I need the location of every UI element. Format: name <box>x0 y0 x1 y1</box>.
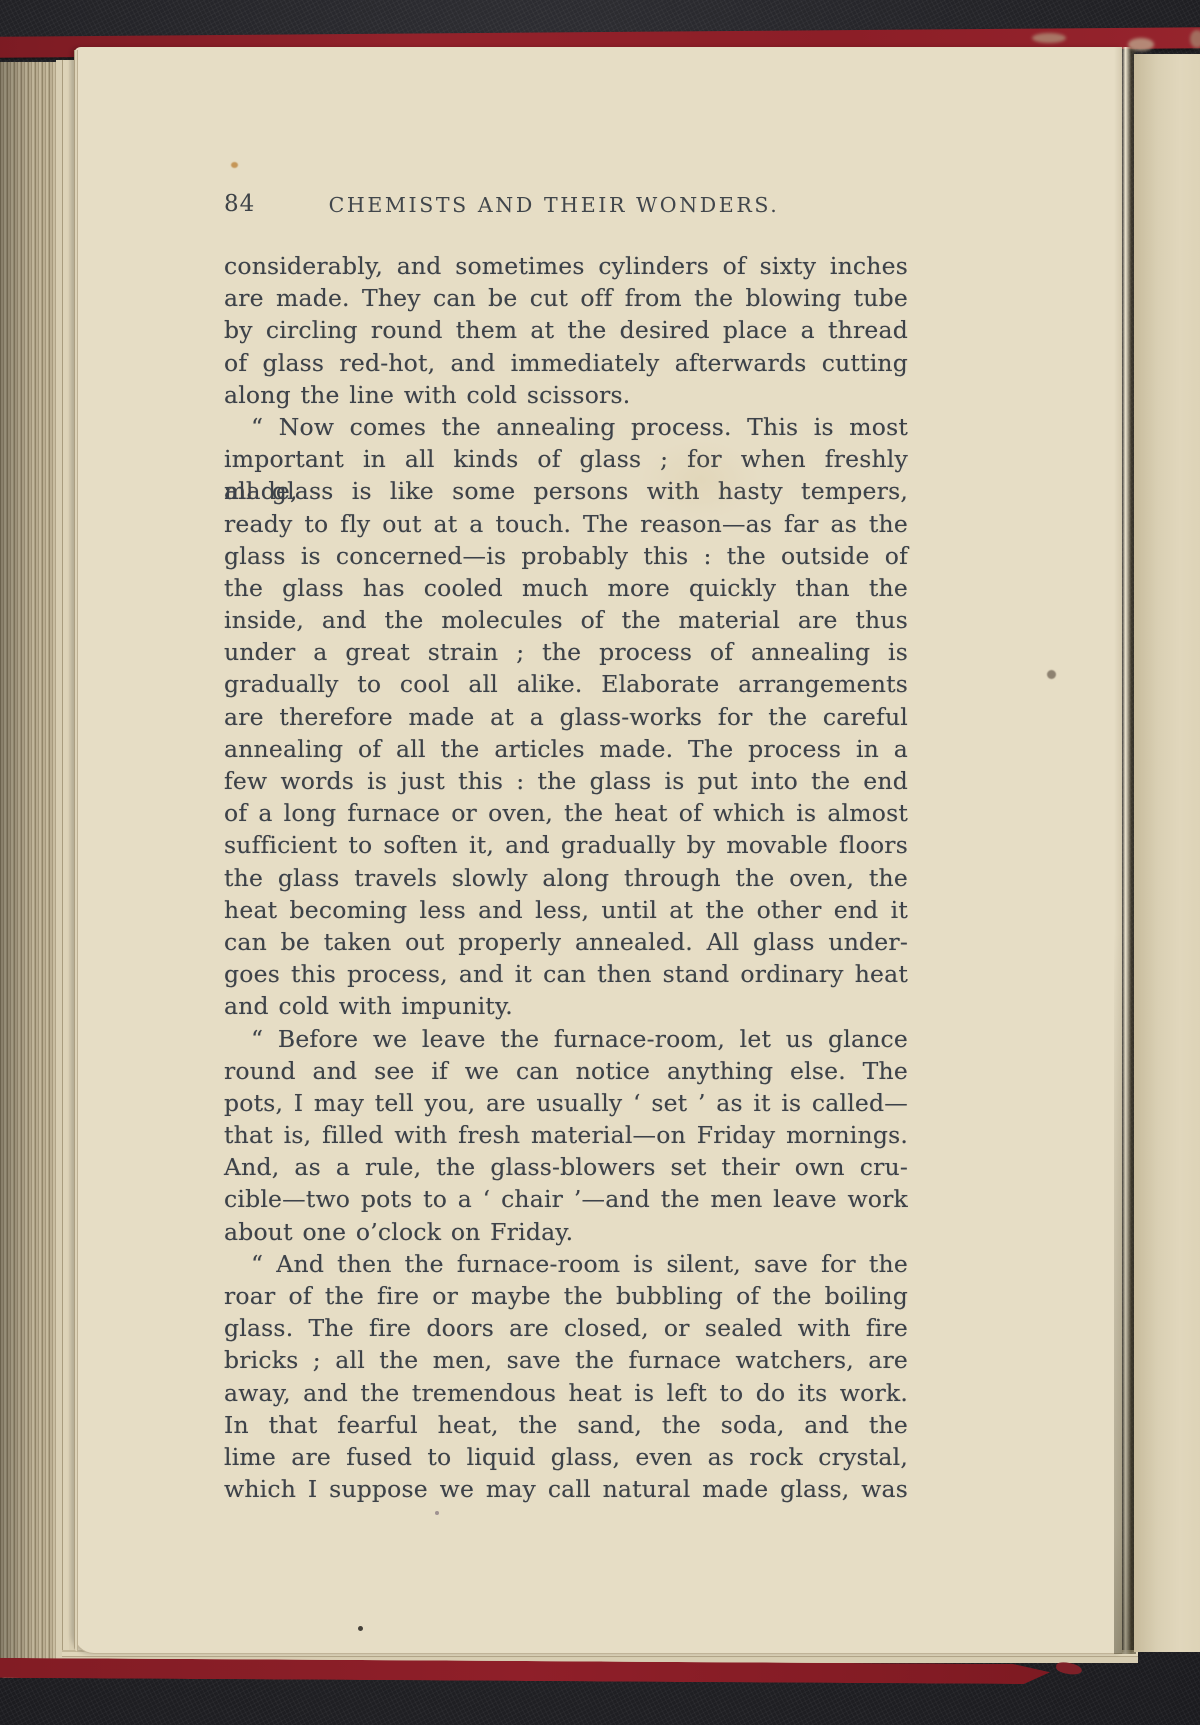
text-line: annealing of all the articles made. The … <box>224 733 908 765</box>
cover-wear-mark-1 <box>1032 33 1066 43</box>
gutter-crease <box>1114 47 1136 1654</box>
text-line: round and see if we can notice anything … <box>224 1055 908 1087</box>
page-left-edge-lines <box>74 50 79 1652</box>
text-line: sufficient to soften it, and gradually b… <box>224 829 908 861</box>
text-line: under a great strain ; the process of an… <box>224 636 908 668</box>
text-line: along the line with cold scissors. <box>224 379 908 411</box>
text-line: the glass has cooled much more quickly t… <box>224 572 908 604</box>
text-line: glass is concerned—is probably this : th… <box>224 540 908 572</box>
text-line: important in all kinds of glass ; for wh… <box>224 443 908 475</box>
text-line: all glass is like some persons with hast… <box>224 475 908 507</box>
text-line: cible—two pots to a ‘ chair ’—and the me… <box>224 1183 908 1215</box>
running-head: 84 CHEMISTS AND THEIR WONDERS. <box>224 191 908 221</box>
text-line: about one o’clock on Friday. <box>224 1216 908 1248</box>
facing-page-edge <box>1134 54 1200 1652</box>
text-line: pots, I may tell you, are usually ‘ set … <box>224 1087 908 1119</box>
text-line: In that fearful heat, the sand, the soda… <box>224 1409 908 1441</box>
text-line: which I suppose we may call natural made… <box>224 1473 908 1505</box>
text-line: “ Now comes the annealing process. This … <box>224 411 908 443</box>
text-line: roar of the fire or maybe the bubbling o… <box>224 1280 908 1312</box>
cover-bottom-worn-patch <box>1055 1661 1082 1676</box>
foxing-speck-4 <box>435 1511 439 1515</box>
text-line: And, as a rule, the glass-blowers set th… <box>224 1151 908 1183</box>
text-line: heat becoming less and less, until at th… <box>224 894 908 926</box>
running-title: CHEMISTS AND THEIR WONDERS. <box>329 193 780 217</box>
text-line: few words is just this : the glass is pu… <box>224 765 908 797</box>
page-number: 84 <box>224 191 255 217</box>
text-line: can be taken out properly annealed. All … <box>224 926 908 958</box>
text-line: are made. They can be cut off from the b… <box>224 282 908 314</box>
text-line: of a long furnace or oven, the heat of w… <box>224 797 908 829</box>
text-line: of glass red-hot, and immediately afterw… <box>224 347 908 379</box>
page-stain <box>640 440 760 520</box>
foxing-speck-2 <box>1047 670 1056 679</box>
text-line: ready to fly out at a touch. The reason—… <box>224 508 908 540</box>
scanned-book-photo: 84 CHEMISTS AND THEIR WONDERS. considera… <box>0 0 1200 1725</box>
text-line: that is, filled with fresh material—on F… <box>224 1119 908 1151</box>
cover-wear-mark-3 <box>1190 30 1200 48</box>
text-line: are therefore made at a glass-works for … <box>224 701 908 733</box>
text-line: “ And then the furnace-room is silent, s… <box>224 1248 908 1280</box>
text-line: lime are fused to liquid glass, even as … <box>224 1441 908 1473</box>
text-line: by circling round them at the desired pl… <box>224 314 908 346</box>
text-line: gradually to cool all alike. Elaborate a… <box>224 668 908 700</box>
text-line: and cold with impunity. <box>224 990 908 1022</box>
text-line: inside, and the molecules of the materia… <box>224 604 908 636</box>
text-line: goes this process, and it can then stand… <box>224 958 908 990</box>
body-text: considerably, and sometimes cylinders of… <box>224 250 908 1505</box>
text-line: away, and the tremendous heat is left to… <box>224 1377 908 1409</box>
foxing-speck-1 <box>231 162 238 168</box>
foxing-speck-3 <box>358 1626 363 1631</box>
text-line: the glass travels slowly along through t… <box>224 862 908 894</box>
text-line: glass. The fire doors are closed, or sea… <box>224 1312 908 1344</box>
text-line: “ Before we leave the furnace-room, let … <box>224 1023 908 1055</box>
cover-wear-mark-2 <box>1128 38 1154 51</box>
text-line: bricks ; all the men, save the furnace w… <box>224 1344 908 1376</box>
text-line: considerably, and sometimes cylinders of… <box>224 250 908 282</box>
